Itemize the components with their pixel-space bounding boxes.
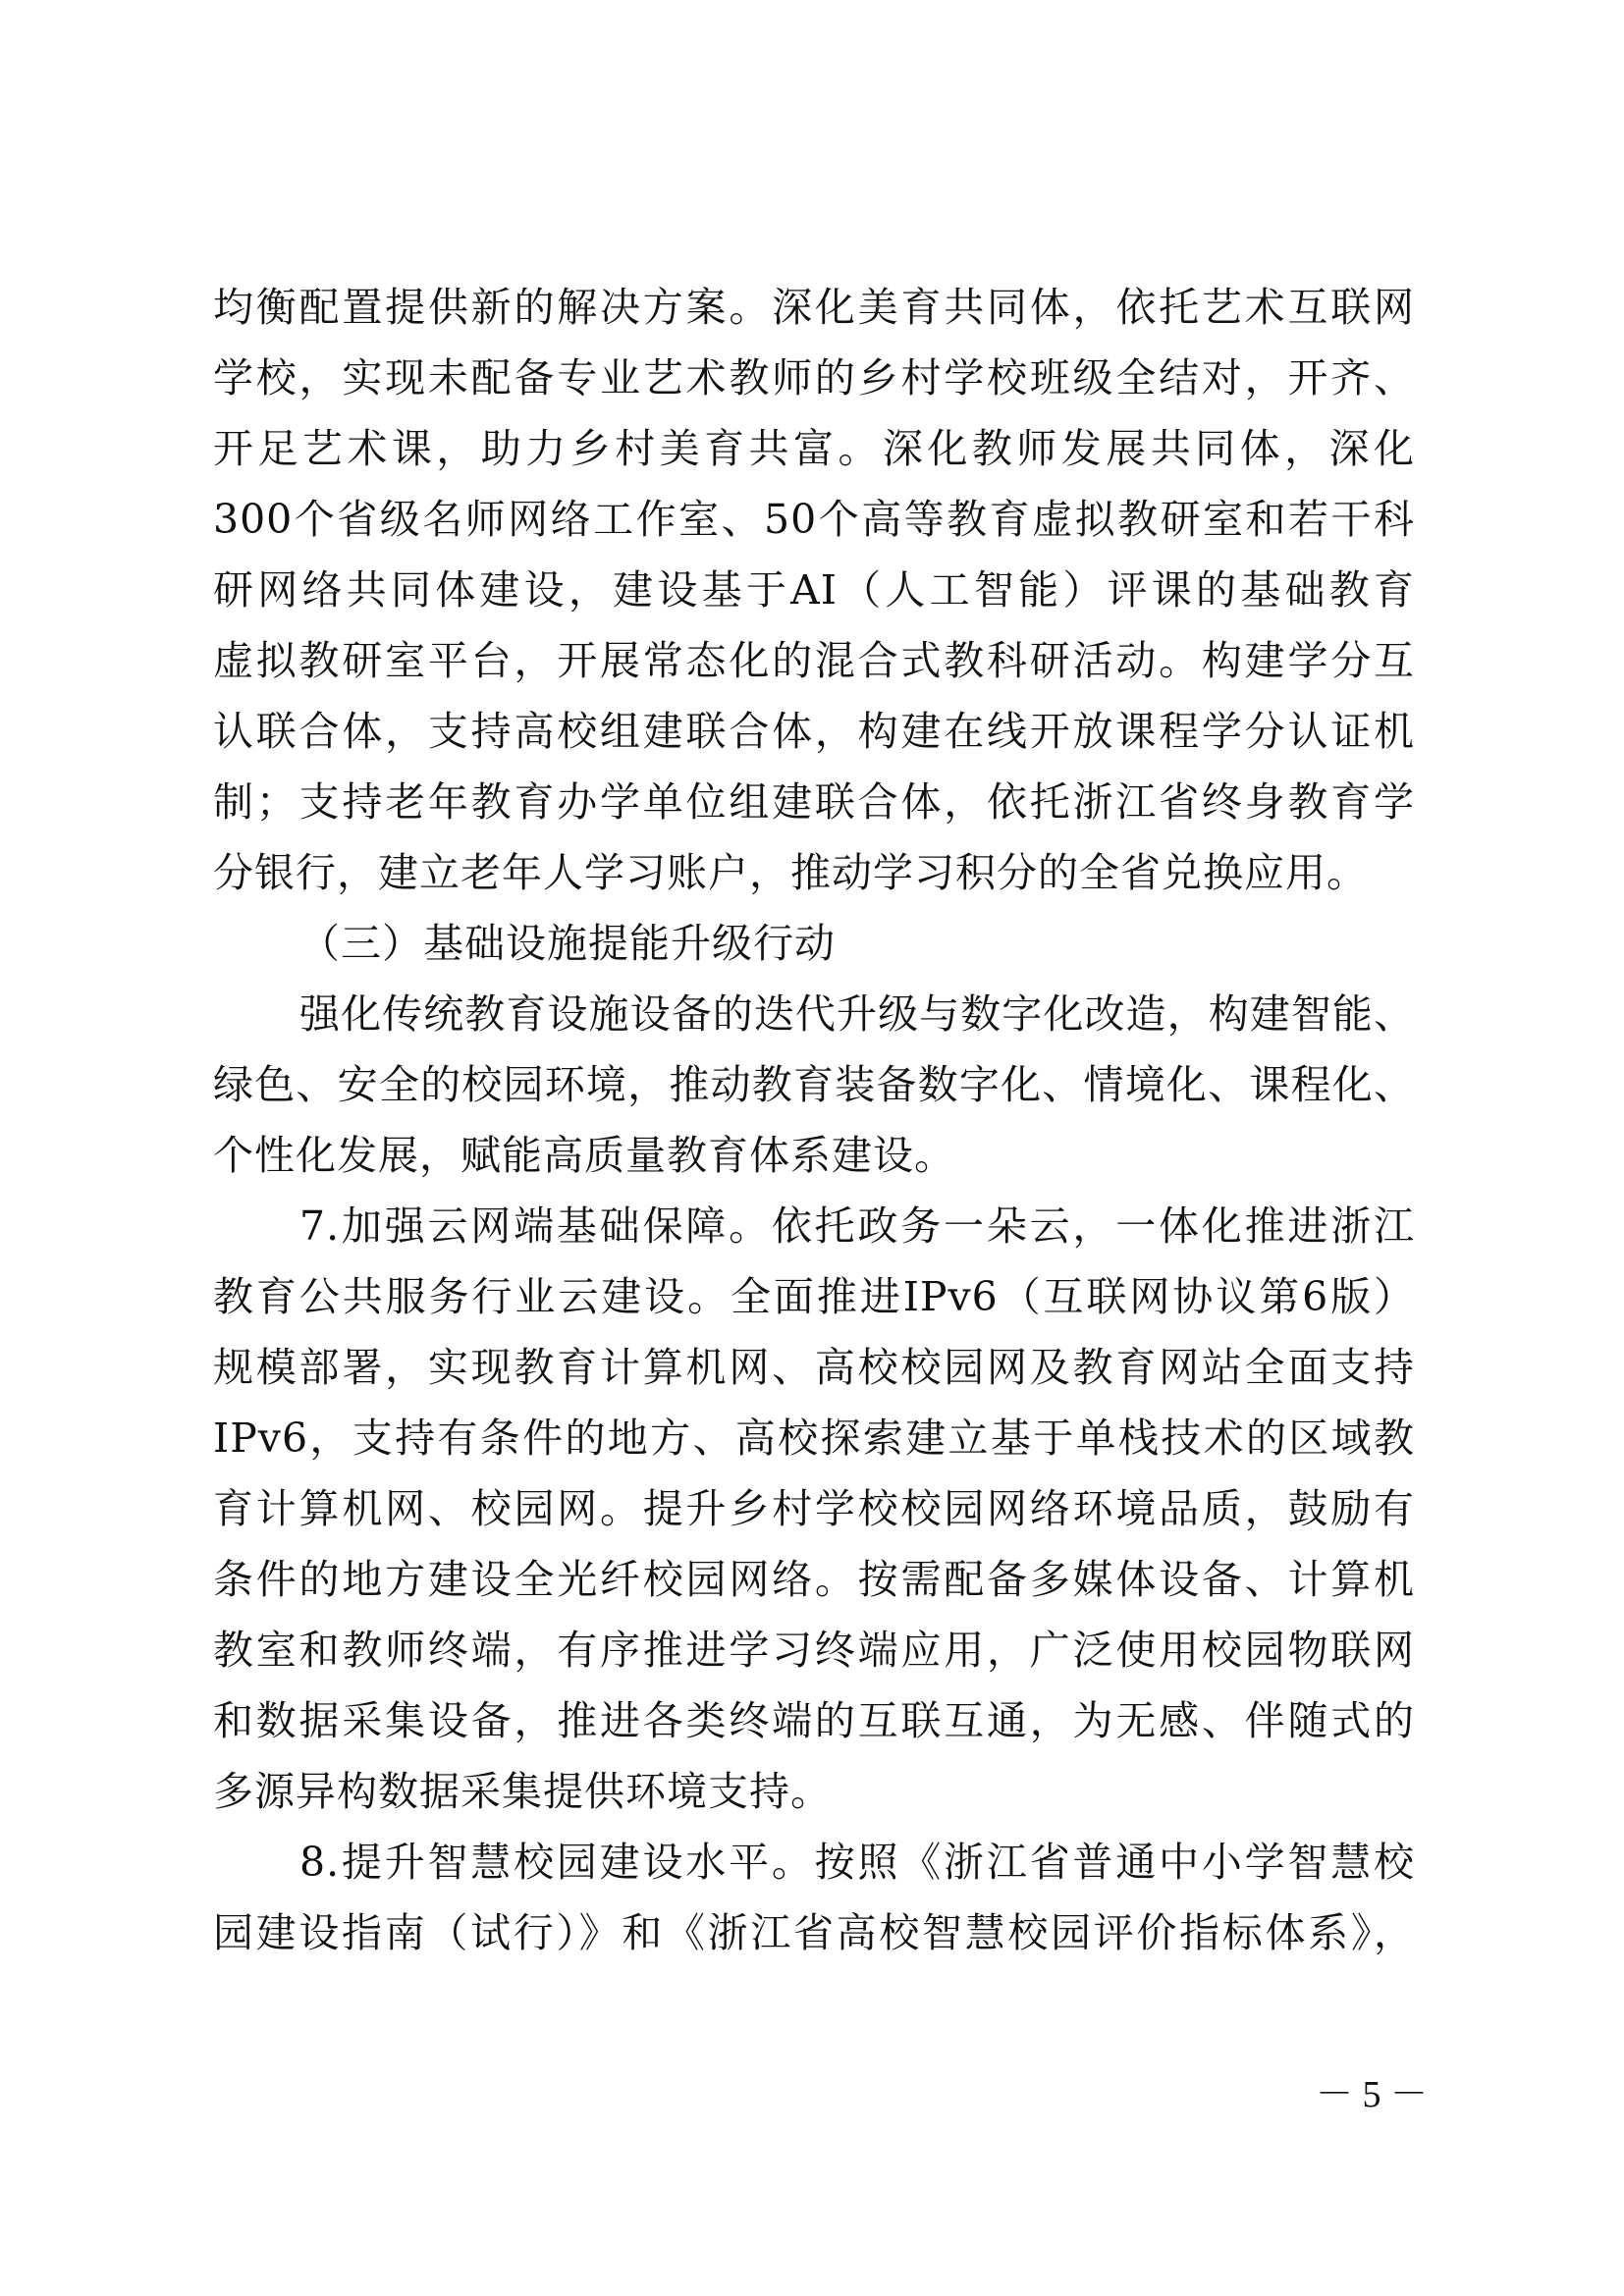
- paragraph-continuation: 均衡配置提供新的解决方案。深化美育共同体，依托艺术互联网 学校，实现未配备专业艺…: [213, 272, 1415, 908]
- text-line: 个性化发展，赋能高质量教育体系建设。: [213, 1120, 1415, 1191]
- text-line: 强化传统教育设施设备的迭代升级与数字化改造，构建智能、: [213, 979, 1415, 1049]
- text-line: 学校，实现未配备专业艺术教师的乡村学校班级全结对，开齐、: [213, 343, 1415, 413]
- text-line: 制；支持老年教育办学单位组建联合体，依托浙江省终身教育学: [213, 767, 1415, 837]
- document-page: 均衡配置提供新的解决方案。深化美育共同体，依托艺术互联网 学校，实现未配备专业艺…: [0, 0, 1624, 2296]
- heading-text: （三）基础设施提能升级行动: [213, 908, 1415, 979]
- text-line: 多源异构数据采集提供环境支持。: [213, 1756, 1415, 1827]
- text-line: 300个省级名师网络工作室、50个高等教育虚拟教研室和若干科: [213, 484, 1415, 555]
- text-line: 育计算机网、校园网。提升乡村学校校园网络环境品质，鼓励有: [213, 1473, 1415, 1544]
- text-line: 规模部署，实现教育计算机网、高校校园网及教育网站全面支持: [213, 1332, 1415, 1403]
- text-line: 教室和教师终端，有序推进学习终端应用，广泛使用校园物联网: [213, 1615, 1415, 1685]
- text-line: 均衡配置提供新的解决方案。深化美育共同体，依托艺术互联网: [213, 272, 1415, 343]
- text-line: 认联合体，支持高校组建联合体，构建在线开放课程学分认证机: [213, 696, 1415, 767]
- paragraph-item-7: 7.加强云网端基础保障。依托政务一朵云，一体化推进浙江 教育公共服务行业云建设。…: [213, 1191, 1415, 1827]
- text-line: 绿色、安全的校园环境，推动教育装备数字化、情境化、课程化、: [213, 1049, 1415, 1120]
- page-number: － 5 －: [1316, 2073, 1419, 2116]
- text-line: 分银行，建立老年人学习账户，推动学习积分的全省兑换应用。: [213, 837, 1415, 908]
- document-body: 均衡配置提供新的解决方案。深化美育共同体，依托艺术互联网 学校，实现未配备专业艺…: [213, 272, 1415, 1968]
- text-line: 和数据采集设备，推进各类终端的互联互通，为无感、伴随式的: [213, 1685, 1415, 1756]
- paragraph-section-intro: 强化传统教育设施设备的迭代升级与数字化改造，构建智能、 绿色、安全的校园环境，推…: [213, 979, 1415, 1191]
- text-line: 虚拟教研室平台，开展常态化的混合式教科研活动。构建学分互: [213, 625, 1415, 696]
- text-line: 开足艺术课，助力乡村美育共富。深化教师发展共同体，深化: [213, 413, 1415, 484]
- section-heading: （三）基础设施提能升级行动: [213, 908, 1415, 979]
- text-line: 8.提升智慧校园建设水平。按照《浙江省普通中小学智慧校: [213, 1827, 1415, 1897]
- text-line: 研网络共同体建设，建设基于AI（人工智能）评课的基础教育: [213, 555, 1415, 625]
- text-line: 条件的地方建设全光纤校园网络。按需配备多媒体设备、计算机: [213, 1544, 1415, 1615]
- paragraph-item-8: 8.提升智慧校园建设水平。按照《浙江省普通中小学智慧校 园建设指南（试行）》和《…: [213, 1827, 1415, 1968]
- text-line: IPv6，支持有条件的地方、高校探索建立基于单栈技术的区域教: [213, 1403, 1415, 1473]
- text-line: 7.加强云网端基础保障。依托政务一朵云，一体化推进浙江: [213, 1191, 1415, 1261]
- text-line: 教育公共服务行业云建设。全面推进IPv6（互联网协议第6版）: [213, 1261, 1415, 1332]
- text-line: 园建设指南（试行）》和《浙江省高校智慧校园评价指标体系》，: [213, 1897, 1415, 1968]
